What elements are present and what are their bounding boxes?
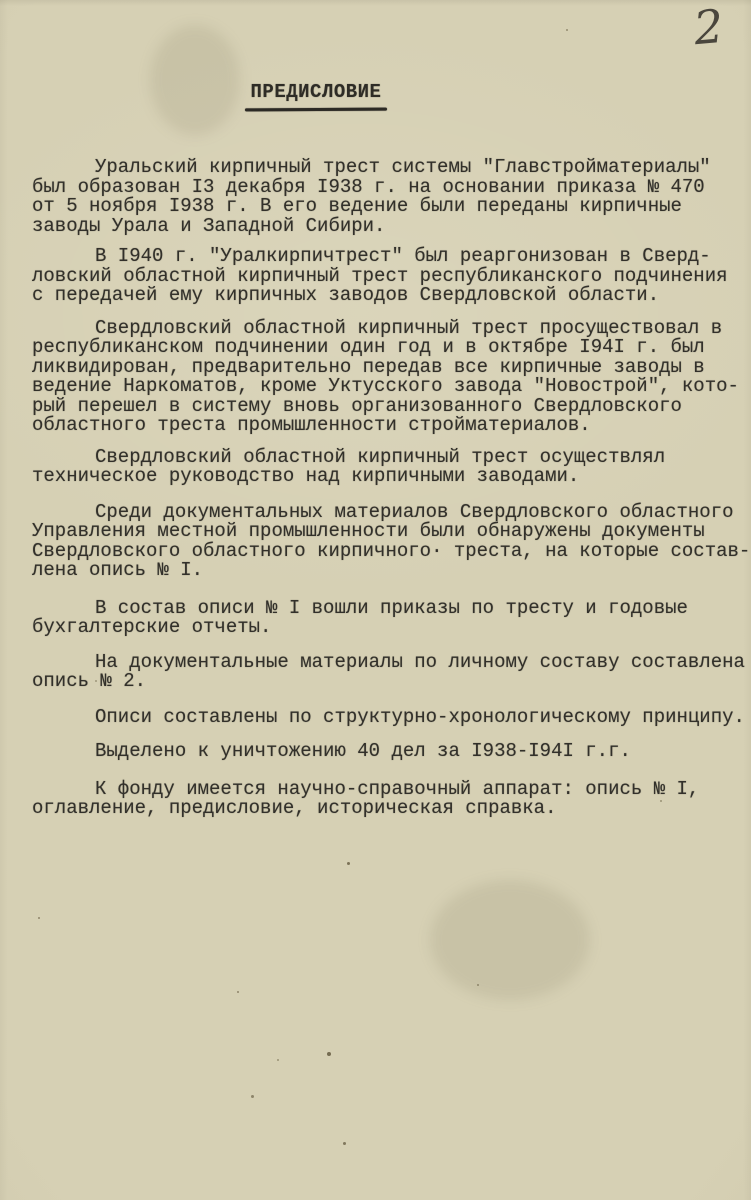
paper-speck (566, 29, 568, 31)
paper-speck (347, 862, 350, 865)
paper-speck (95, 680, 97, 682)
paper-speck (477, 984, 479, 986)
paragraph: Свердловский областной кирпичный трест п… (32, 319, 751, 436)
paragraph: Среди документальных материалов Свердлов… (32, 503, 751, 581)
document-title-block: ПРЕДИСЛОВИЕ (245, 82, 387, 111)
paper-speck (343, 1142, 346, 1145)
paper-speck (237, 991, 239, 993)
paragraph: К фонду имеется научно-справочный аппара… (32, 780, 751, 819)
handwritten-page-number: 2 (692, 1, 726, 54)
title-underline (245, 108, 387, 112)
scanned-document-page: 2 ПРЕДИСЛОВИЕ Уральский кирпичный трест … (0, 0, 751, 1200)
paragraph: Свердловский областной кирпичный трест о… (32, 448, 751, 487)
paragraph: Описи составлены по структурно-хронологи… (32, 708, 751, 728)
paragraph: Уральский кирпичный трест системы "Главс… (32, 158, 751, 236)
paper-stain (150, 25, 240, 135)
paper-speck (327, 1052, 331, 1056)
paper-speck (251, 1095, 254, 1098)
paragraph: Выделено к уничтожению 40 дел за I938-I9… (32, 742, 751, 762)
paper-stain (430, 880, 590, 1000)
paper-speck (38, 917, 40, 919)
document-body: Уральский кирпичный трест системы "Главс… (32, 158, 751, 819)
paper-speck (277, 1059, 279, 1061)
document-title: ПРЕДИСЛОВИЕ (245, 82, 387, 102)
paragraph: В состав описи № I вошли приказы по трес… (32, 599, 751, 638)
paragraph: На документальные материалы по личному с… (32, 653, 751, 692)
paper-speck (660, 800, 662, 802)
paragraph: В I940 г. "Уралкирпичтрест" был реаргони… (32, 247, 751, 306)
